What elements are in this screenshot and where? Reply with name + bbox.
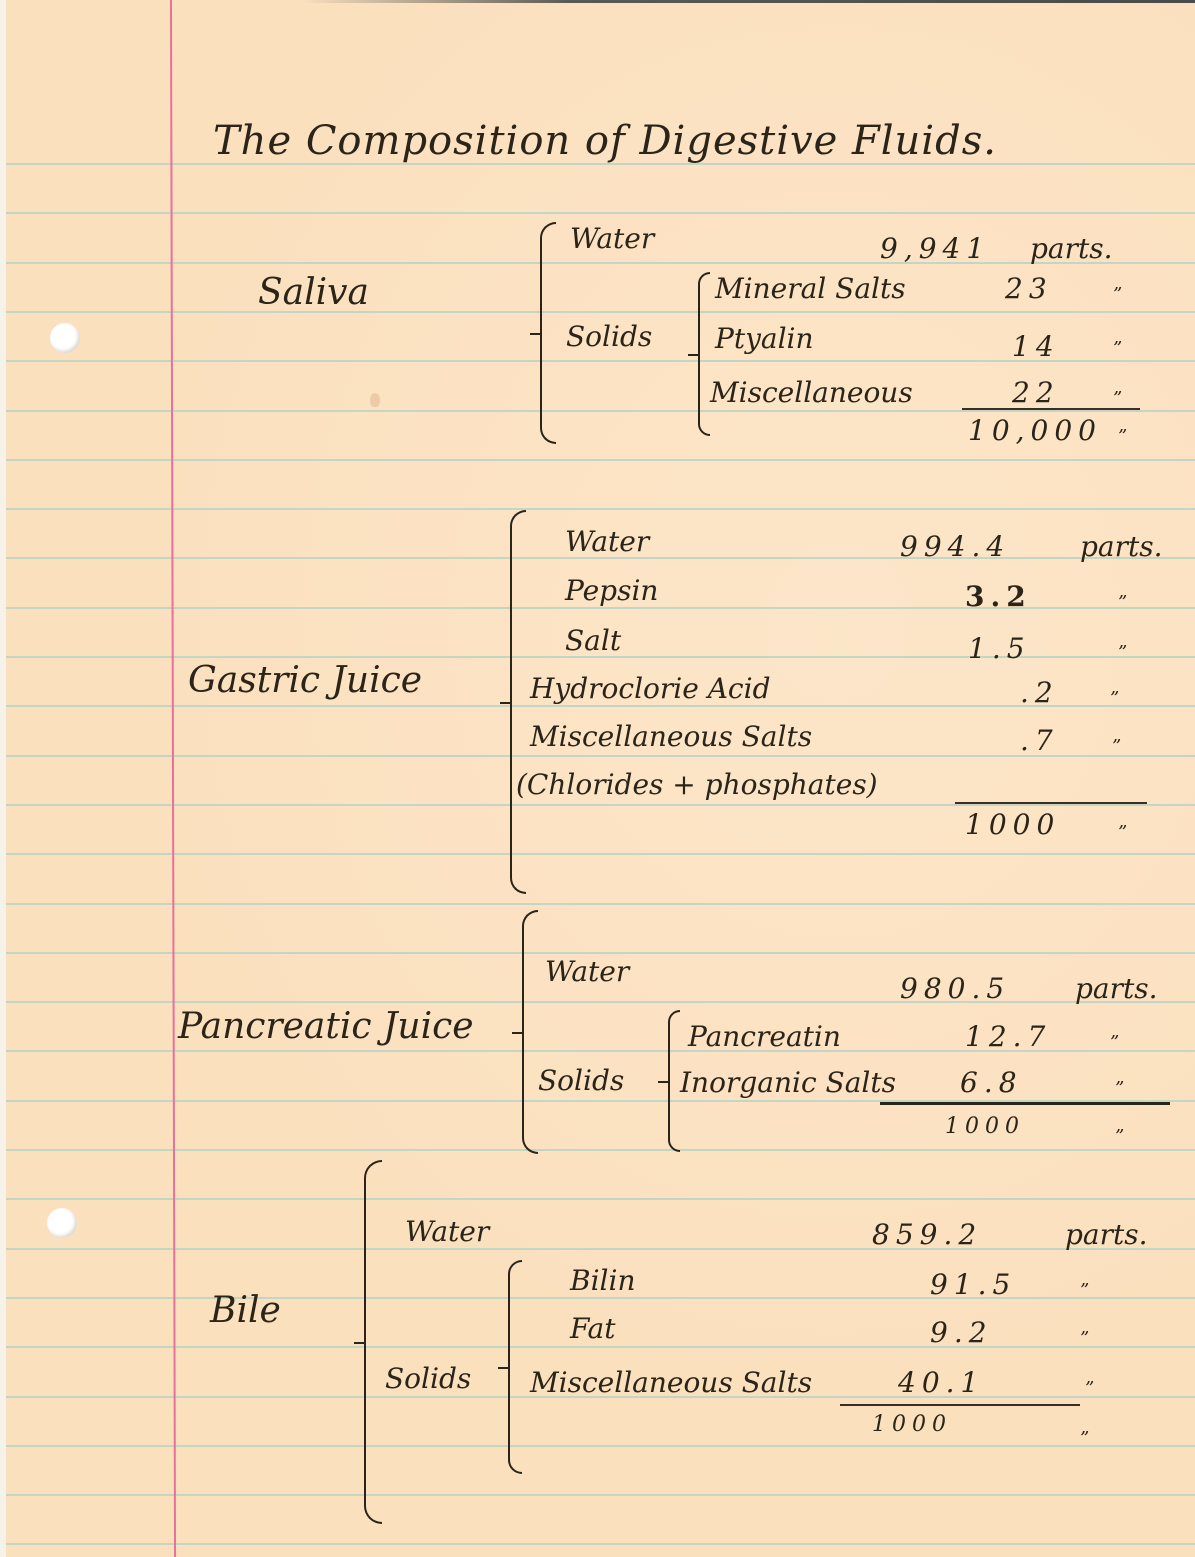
page-title: The Composition of Digestive Fluids. [213, 118, 997, 164]
ruled-line [6, 903, 1195, 905]
pancreatic-pancreatin-value: 12.7 [965, 1020, 1051, 1053]
saliva-misc-ditto: ” [1113, 388, 1122, 409]
pancreatic-total-ditto: ” [1115, 1126, 1124, 1147]
pancreatic-pancreatin-label: Pancreatin [688, 1020, 841, 1053]
ruled-line [6, 755, 1195, 757]
page-top-edge [300, 0, 1195, 3]
brace-pancreatic-solids [668, 1010, 680, 1152]
pancreatic-inorganic-salts-label: Inorganic Salts [680, 1066, 896, 1099]
bile-water-unit: parts. [1065, 1218, 1148, 1251]
saliva-total-ditto: ” [1118, 426, 1127, 447]
gastric-hcl-label: Hydroclorie Acid [530, 672, 771, 705]
brace-gastric-juice [510, 510, 526, 894]
ruled-line [6, 1494, 1195, 1496]
ruled-line [6, 1445, 1195, 1447]
bile-bilin-label: Bilin [570, 1264, 635, 1297]
gastric-misc-salts-ditto: ” [1112, 736, 1121, 757]
gastric-salt-ditto: ” [1118, 642, 1127, 663]
saliva-water-value: 9,941 [880, 232, 990, 265]
bile-misc-salts-value: 40.1 [898, 1366, 984, 1399]
pancreatic-water-unit: parts. [1075, 972, 1158, 1005]
gastric-hcl-value: .2 [1020, 676, 1059, 709]
gastric-pepsin-label: Pepsin [565, 574, 658, 607]
ruled-line [6, 262, 1195, 264]
brace-pancreatic-juice [522, 910, 538, 1154]
pancreatic-inorganic-salts-ditto: ” [1115, 1078, 1124, 1099]
section-label-gastric-juice: Gastric Juice [188, 660, 422, 701]
bile-misc-salts-label: Miscellaneous Salts [530, 1366, 812, 1399]
brace-saliva-solids [698, 272, 710, 436]
gastric-sum-line [955, 802, 1147, 804]
punch-hole-bottom [47, 1208, 77, 1238]
pancreatic-water-value: 980.5 [900, 972, 1010, 1005]
ruled-line [6, 212, 1195, 214]
bile-bilin-value: 91.5 [930, 1268, 1016, 1301]
ruled-line [6, 952, 1195, 954]
ruled-line [6, 1346, 1195, 1348]
bile-bilin-ditto: ” [1080, 1280, 1089, 1301]
gastric-water-label: Water [565, 525, 649, 558]
saliva-ptyalin-ditto: ” [1113, 338, 1122, 359]
gastric-misc-salts-value: .7 [1020, 724, 1059, 757]
bile-total-value: 1000 [872, 1412, 952, 1437]
ruled-line [6, 1198, 1195, 1200]
saliva-mineral-salts-ditto: ” [1113, 284, 1122, 305]
margin-line [170, 0, 176, 1557]
ruled-line [6, 804, 1195, 806]
gastric-hcl-ditto: ” [1110, 688, 1119, 709]
ruled-line [6, 1297, 1195, 1299]
gastric-total-ditto: ” [1118, 822, 1127, 843]
pancreatic-total-value: 1000 [945, 1114, 1025, 1139]
ink-stain [370, 393, 380, 407]
brace-bile [364, 1160, 382, 1524]
saliva-mineral-salts-value: 23 [1005, 272, 1053, 305]
saliva-water-label: Water [570, 222, 654, 255]
bile-solids-label: Solids [385, 1362, 471, 1395]
saliva-misc-label: Miscellaneous [710, 376, 913, 409]
notebook-page: The Composition of Digestive Fluids. Sal… [0, 0, 1195, 1557]
saliva-mineral-salts-label: Mineral Salts [715, 272, 906, 305]
saliva-water-unit: parts. [1030, 232, 1113, 265]
pancreatic-water-label: Water [545, 955, 629, 988]
punch-hole-top [50, 323, 80, 353]
brace-bile-solids [508, 1260, 522, 1474]
bile-fat-value: 9.2 [930, 1316, 993, 1349]
saliva-ptyalin-value: 14 [1012, 330, 1060, 363]
gastric-pepsin-value: 3.2 [965, 580, 1032, 613]
pancreatic-solids-label: Solids [538, 1064, 624, 1097]
gastric-pepsin-ditto: ” [1118, 592, 1127, 613]
section-label-bile: Bile [210, 1290, 281, 1331]
ruled-line [6, 1543, 1195, 1545]
saliva-sum-line [962, 408, 1140, 410]
gastric-total-value: 1000 [965, 808, 1060, 841]
ruled-line [6, 705, 1195, 707]
bile-misc-salts-ditto: ” [1085, 1378, 1094, 1399]
saliva-ptyalin-label: Ptyalin [715, 322, 814, 355]
bile-total-ditto: ” [1080, 1428, 1089, 1449]
ruled-line [6, 459, 1195, 461]
ruled-line [6, 311, 1195, 313]
gastric-salt-value: 1.5 [968, 632, 1031, 665]
saliva-total-value: 10,000 [968, 414, 1102, 447]
pancreatic-inorganic-salts-value: 6.8 [960, 1066, 1023, 1099]
pancreatic-pancreatin-ditto: ” [1110, 1032, 1119, 1053]
section-label-pancreatic-juice: Pancreatic Juice [178, 1006, 474, 1047]
pancreatic-sum-line [880, 1102, 1170, 1105]
gastric-water-unit: parts. [1080, 530, 1163, 563]
ruled-line [6, 410, 1195, 412]
bile-sum-line [840, 1404, 1080, 1406]
bile-water-label: Water [405, 1215, 489, 1248]
page-left-edge [0, 0, 6, 1557]
gastric-chlorides-label: (Chlorides + phosphates) [516, 768, 878, 801]
ruled-line [6, 1001, 1195, 1003]
ruled-line [6, 1149, 1195, 1151]
ruled-line [6, 508, 1195, 510]
gastric-salt-label: Salt [565, 624, 621, 657]
section-label-saliva: Saliva [258, 272, 369, 313]
gastric-misc-salts-label: Miscellaneous Salts [530, 720, 812, 753]
saliva-misc-value: 22 [1012, 376, 1060, 409]
saliva-solids-label: Solids [566, 320, 652, 353]
ruled-line [6, 1248, 1195, 1250]
bile-fat-ditto: ” [1080, 1328, 1089, 1349]
bile-fat-label: Fat [570, 1312, 615, 1345]
brace-saliva [540, 222, 556, 444]
bile-water-value: 859.2 [872, 1218, 982, 1251]
gastric-water-value: 994.4 [900, 530, 1010, 563]
ruled-line [6, 853, 1195, 855]
